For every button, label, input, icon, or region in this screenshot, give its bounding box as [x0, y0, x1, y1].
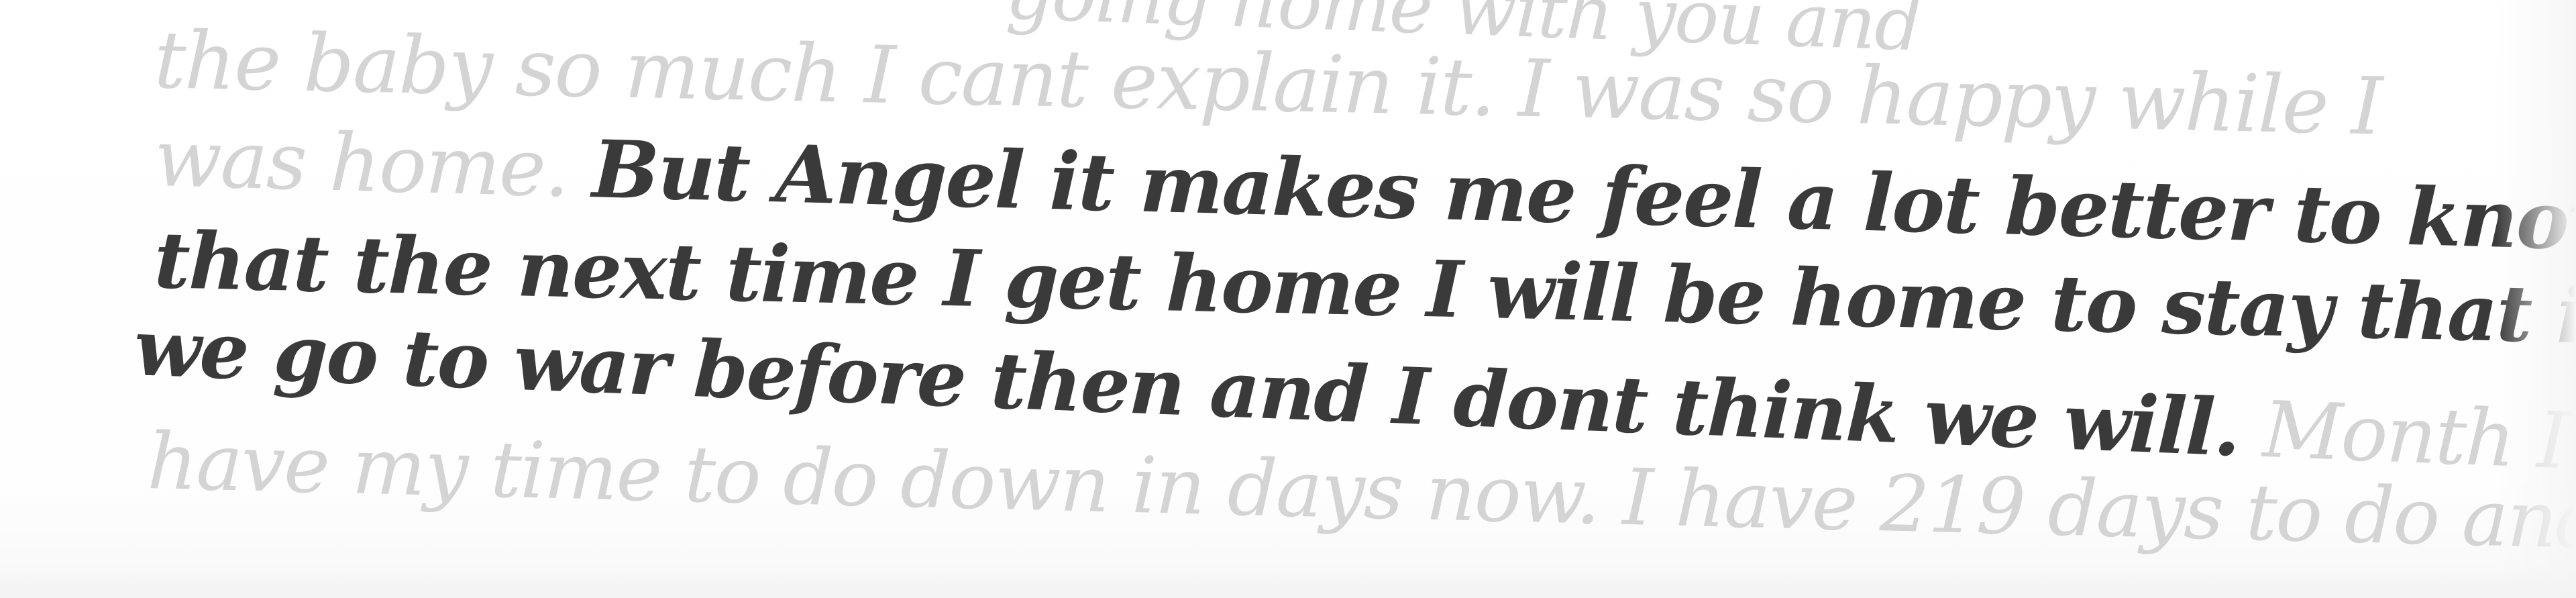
faint-text: was home.	[153, 111, 594, 215]
paper-right-edge	[2495, 0, 2576, 598]
paper-bottom-shadow	[0, 564, 2576, 598]
letter-page: going home with you and the baby so much…	[0, 0, 2576, 598]
